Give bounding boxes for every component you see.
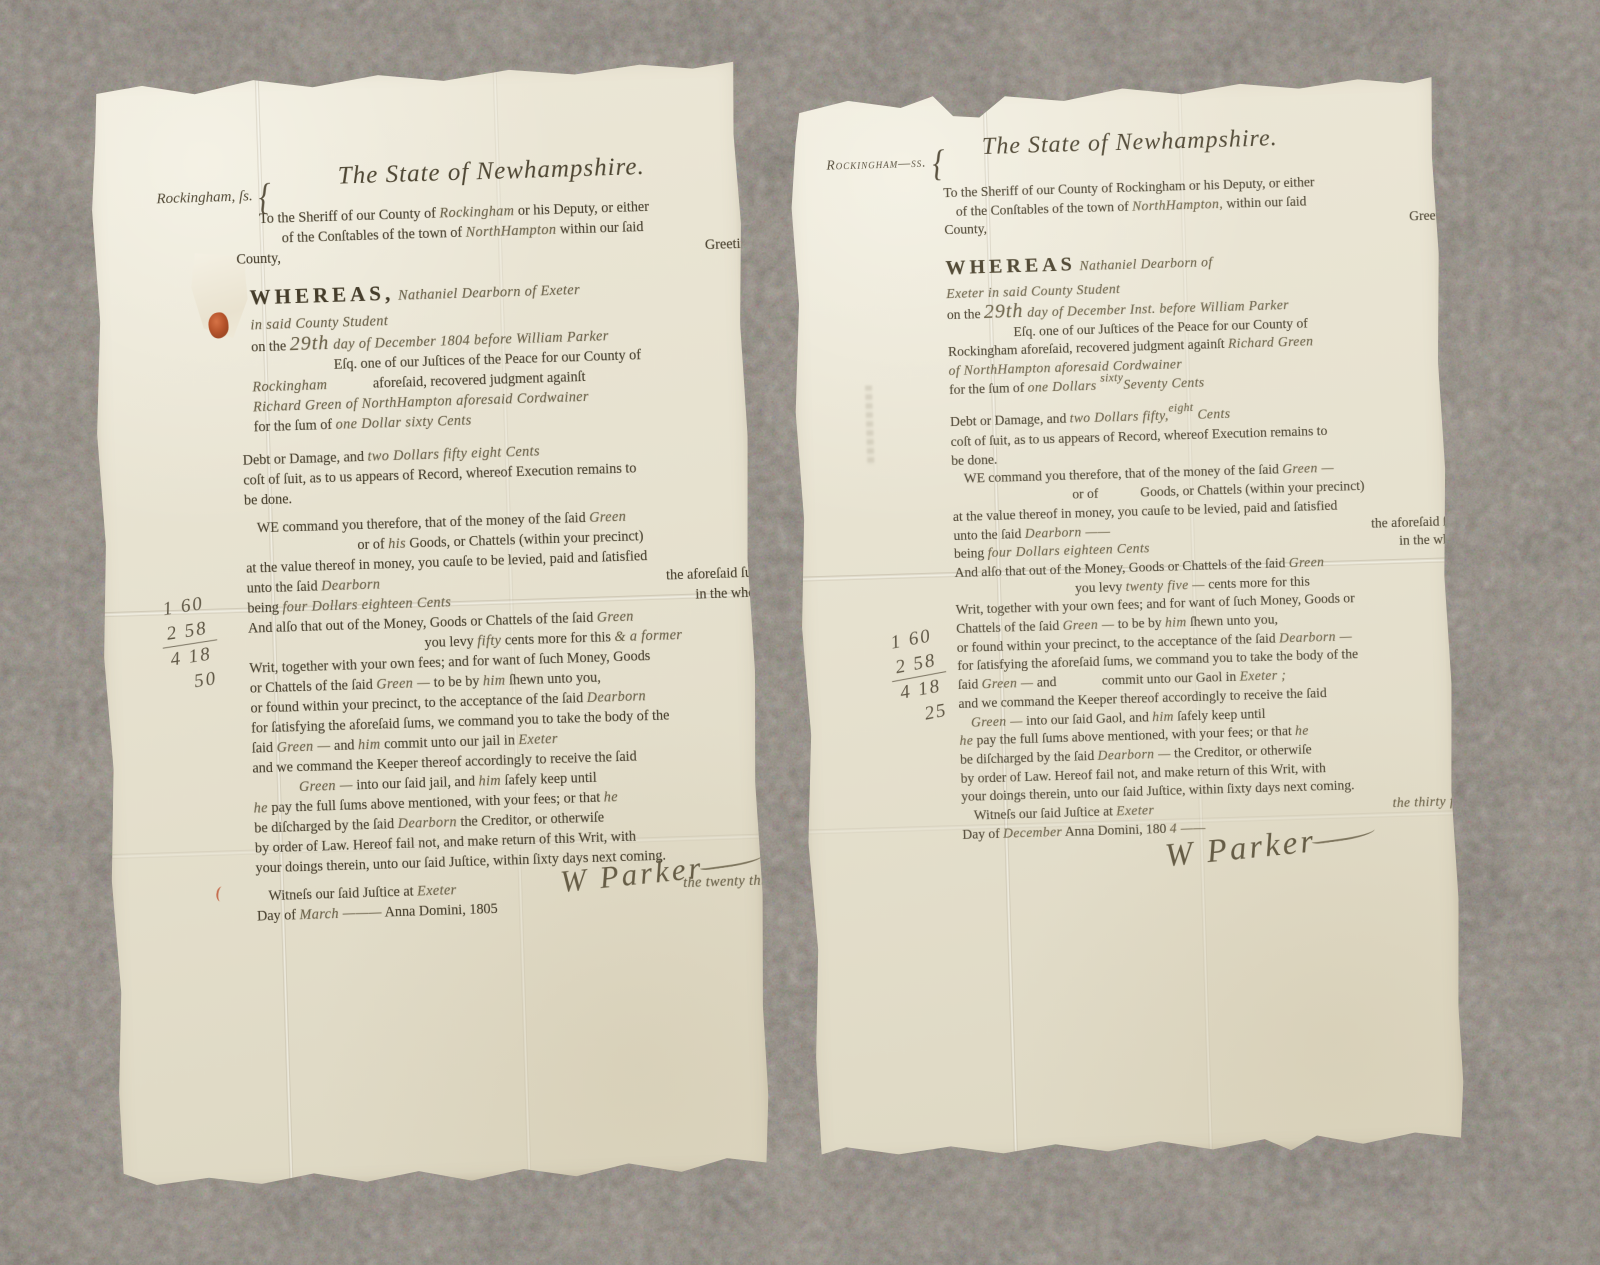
handwritten-text: Seventy Cents (1123, 374, 1204, 391)
printed-text: or his Deputy, or either (514, 199, 649, 219)
printed-text: to be by (430, 673, 483, 691)
printed-text: be diſcharged by the ſaid (960, 748, 1098, 767)
printed-text: to be by (1114, 615, 1165, 631)
handwritten-text: December (1003, 824, 1062, 841)
document-title: The State of Newhampshire. (337, 153, 645, 191)
printed-text: the Creditor, or otherwiſe (457, 810, 605, 831)
handwritten-text: one Dollar sixty Cents (335, 413, 472, 433)
handwritten-text: NorthHampton (465, 222, 556, 241)
handwritten-text: him (483, 673, 506, 690)
printed-text: and (330, 737, 358, 754)
handwritten-text: Green — (376, 675, 430, 693)
handwritten-text: him (1165, 614, 1187, 630)
printed-text: Chattels of the ſaid (956, 618, 1063, 636)
handwritten-text: fifty (477, 633, 502, 650)
printed-text: unto the ſaid (247, 578, 322, 596)
handwritten-text: his (388, 536, 406, 553)
document-body: To the Sheriff of our County of Rockingh… (943, 169, 1478, 845)
handwritten-text: Rockingham (439, 203, 514, 221)
printed-text: ſaid (252, 740, 277, 757)
printed-text: be done. (951, 451, 997, 467)
printed-text: Anna Domini, 1805 (382, 901, 498, 921)
handwritten-text: 29th (289, 332, 329, 355)
printed-text: for the ſum of (949, 379, 1028, 396)
printed-text: unto the ſaid (953, 525, 1025, 542)
handwritten-text: Nathaniel Dearborn of (1076, 254, 1213, 273)
printed-text: County, (944, 221, 987, 237)
handwritten-text: Green (1289, 554, 1325, 570)
document-left: Rockingham, ſs.{ The State of Newhampshi… (83, 56, 774, 1194)
handwritten-text: Dearborn — (1097, 746, 1171, 763)
printed-text: for the ſum of (253, 417, 335, 436)
printed-text: WHEREAS (945, 253, 1076, 279)
printed-text: Witneſs our ſaid Juſtice at (974, 803, 1117, 822)
printed-text: or of (1072, 486, 1098, 502)
handwritten-text: Green — (276, 738, 330, 756)
printed-text: into our ſaid Gaol, and (1023, 709, 1153, 728)
printed-text: Debt or Damage, and (950, 411, 1070, 430)
handwritten-text: Dearborn (321, 576, 381, 594)
handwritten-text: four Dollars eighteen Cents (987, 540, 1150, 560)
handwritten-text: he (1295, 723, 1309, 738)
county-label-text: Rockingham—ſs. (826, 155, 927, 173)
county-label-text: Rockingham, ſs. (156, 188, 253, 207)
printed-text: being (247, 600, 283, 617)
printed-text: ſafely keep until (1174, 705, 1266, 723)
handwritten-text: Nathaniel Dearborn of Exeter (394, 282, 580, 304)
handwritten-text: he (604, 789, 619, 805)
margin-sums: 1 602 584 1825 (883, 622, 956, 731)
handwritten-text: 29th (984, 300, 1024, 323)
handwritten-text: Rockingham (252, 377, 327, 395)
handwritten-text: Green — (971, 713, 1023, 730)
county-label: Rockingham—ſs.{ (826, 147, 946, 185)
handwritten-text: he (959, 733, 973, 748)
handwritten-text: Green (589, 509, 626, 526)
handwritten-text: one Dollars (1027, 377, 1100, 394)
printed-text: commit unto our Gaol in (1102, 669, 1240, 688)
printed-text: into our ſaid jail, and (353, 773, 479, 793)
printed-text: Anna Domini, 180 (1062, 821, 1170, 839)
printed-text: or Chattels of the ſaid (250, 677, 377, 697)
printed-text: within our ſaid (556, 219, 644, 238)
handwritten-text: Green — (1282, 460, 1334, 477)
printed-text: being (954, 545, 988, 561)
wax-seal-remnant (208, 312, 229, 339)
handwritten-text: twenty five — (1125, 576, 1205, 593)
handwritten-text: two Dollars fifty, (1069, 408, 1168, 426)
handwritten-text: Dearborn (398, 814, 458, 832)
handwritten-text: Exeter (1116, 802, 1154, 818)
printed-text: on the (947, 306, 984, 322)
handwritten-text: Dearborn — (1279, 628, 1353, 645)
handwritten-text: Exeter (518, 731, 558, 748)
printed-text: within our ſaid (1223, 193, 1307, 210)
printed-text: and (1033, 674, 1060, 690)
handwritten-text: him (1152, 708, 1174, 724)
printed-text: be diſcharged by the ſaid (254, 816, 398, 837)
county-brace: { (932, 143, 946, 186)
handwritten-text: Green (597, 609, 634, 626)
printed-text: cents more for this (501, 629, 615, 649)
handwritten-text: Green — (299, 777, 353, 795)
printed-text: WHEREAS, (249, 281, 394, 310)
red-ink-mark (216, 886, 228, 902)
printed-text: the Creditor, or otherwiſe (1170, 742, 1311, 761)
handwritten-text: Green — (1062, 616, 1114, 633)
handwritten-text: Exeter ; (1239, 667, 1286, 683)
printed-text: ſhewn unto you, (1186, 612, 1278, 630)
printed-text: Debt or Damage, and (242, 449, 367, 469)
margin-sums: 1 602 584 1850 (155, 590, 225, 698)
photo-scene: Rockingham, ſs.{ The State of Newhampshi… (0, 0, 1600, 1265)
handwritten-text: Dearborn (587, 688, 647, 706)
handwritten-text: Richard Green (1228, 334, 1314, 352)
handwritten-text: NorthHampton, (1132, 196, 1223, 214)
handwritten-text: Exeter (417, 882, 457, 899)
printed-text: be done. (244, 491, 293, 509)
handwritten-text: eight (1168, 399, 1194, 418)
handwritten-text: in said County Student (250, 313, 388, 333)
printed-text: ſafely keep until (501, 770, 597, 789)
document-title: The State of Newhampshire. (982, 125, 1278, 161)
printed-text: County, (236, 250, 281, 267)
printed-text: on the (251, 338, 290, 355)
printed-text: you levy (424, 633, 477, 651)
handwritten-text: him (478, 773, 501, 790)
handwritten-text: March ——— (299, 905, 382, 924)
handwritten-text: he (253, 800, 268, 816)
printed-text: you levy (1075, 579, 1126, 595)
printed-text: Day of (962, 826, 1003, 842)
printed-text: commit unto our jail in (380, 732, 518, 752)
printed-text: Witneſs our ſaid Juſtice at (268, 883, 417, 904)
document-body: To the Sheriff of our County of Rockingh… (235, 193, 779, 926)
handwritten-text: Green — (981, 675, 1033, 692)
printed-text: of the Conſtables of the town of (956, 198, 1133, 218)
handwritten-text: 4 —— (1169, 819, 1205, 835)
document-right: Rockingham—ſs.{ The State of Newhampshir… (782, 71, 1468, 1166)
handwritten-text: him (358, 737, 381, 754)
printed-text: ſaid (958, 676, 982, 692)
printed-text: Day of (257, 907, 300, 924)
handwritten-text: Exeter in said County Student (946, 281, 1120, 301)
handwritten-text: sixty (1100, 369, 1124, 388)
handwritten-text: Cents (1193, 406, 1230, 422)
handwritten-text: Dearborn —— (1025, 523, 1111, 541)
printed-text: ſhewn unto you, (505, 670, 601, 689)
printed-text: cents more for this (1205, 573, 1310, 591)
printed-text: or of (357, 536, 388, 553)
handwritten-text: & a former (614, 627, 682, 645)
ink-smudge (865, 385, 874, 465)
